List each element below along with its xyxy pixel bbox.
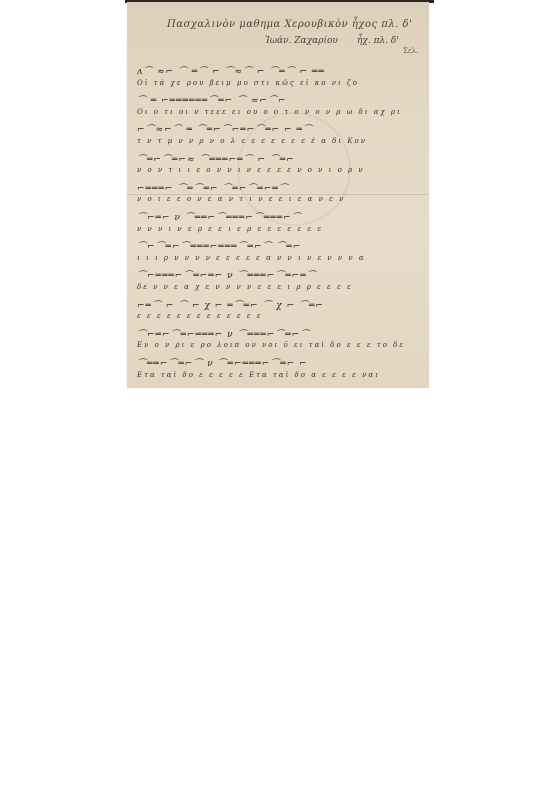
neume-line: ʌ⌒ ≈⌐ ⌒ ═⌒ ⌐ ⌒≈⌒ ⌐ ⌒═⌒ ⌐ ══ [137, 64, 422, 78]
neume-line: ⌒⌐═══⌐⌒═⌐═⌐ ν ⌒═══⌐⌒═⌐═⌒ [137, 268, 422, 282]
manuscript-page: Πασχαλινὸν μαθημα Χερουβικὸν ἦχος πλ. δ'… [127, 2, 429, 388]
neume-line: ⌐═⌒ ⌐ ⌒ ⌐ χ ⌐ ═⌒═⌐ ⌒ χ ⌐ ⌒═⌐ [137, 298, 422, 312]
lyric-line: τ ν τ μ ν ν ρ ν ο λ ε ε ε ε ε ε ε ἐ α δι… [137, 137, 422, 151]
neume-line: ⌐═══⌐ ⌒═⌒═⌐ ⌒═⌐⌒═⌐═⌒ [137, 181, 422, 195]
neume-line: ⌒⌐═⌐⌒═⌐═══⌐ ν ⌒═══⌐⌒═⌐⌒ [137, 327, 422, 341]
manuscript-mode: ἦχ. πλ. δ' [357, 36, 399, 46]
lyric-line: ι ι ι ρ ν ν ν ν ε ε ε ε ε α ν ν ι ν ε ν … [137, 254, 422, 268]
lyric-line: δε ν ν ε α χ ε ν ν ν ν ε ε ε ι ρ ρ ε ε ε… [137, 283, 422, 297]
neume-line: ⌒══⌐⌒═⌐⌒ ν ⌒═⌐═══⌐⌒═⌐ ⌐ [137, 356, 422, 370]
lyric-line: ν ο ι ε ε ο ν ε α ν τ ι ν ε ε ι ε α ν ε … [137, 195, 422, 209]
manuscript-subtitle: Ἰωάν. Ζαχαρίου [265, 36, 338, 46]
lyric-line: ε ε ε ε ε ε ε ε ε ε ε ε ε [137, 312, 422, 326]
neume-line: ⌒ ═ ⌐══════⌒═⌐ ⌒ ≈⌐⌒⌐ [137, 93, 422, 107]
lyric-line: Εν ο ν ρι ε ρο λοιπ ον νοι ῦ ει ταὶ δο ε… [137, 341, 422, 355]
neume-line: ⌐⌒≈⌐⌒ ═ ⌒═⌐⌒⌐═⌐⌒═⌐ ⌐ ═⌒ [137, 122, 422, 136]
lyric-line: Οι ο τι οι ν τεεε ει ου ο ο τ ο ν ο ν ρ … [137, 108, 422, 122]
lyric-line: ν ν ν ι ν ε ρ ε ε ι ε ρ ε ε ε ε ε ε ε [137, 225, 422, 239]
lyric-line: Οἱ τὰ χε ρου βειμ μυ στι κῶς εἰ κο νι ζο [137, 79, 422, 93]
page-mark: Σελ. [403, 47, 418, 55]
manuscript-title: Πασχαλινὸν μαθημα Χερουβικὸν ἦχος πλ. δ' [167, 19, 412, 30]
neume-line: ⌒═⌐⌒═⌐≈ ⌒═══⌐═⌒ ⌐ ⌒═⌐ [137, 152, 422, 166]
lyric-line: ν ο ν τ ι ι ε ο ν ν ι ν ε ε ε ε ν ο ν ι … [137, 166, 422, 180]
lyric-line: Ετα ταὶ δο ε ε ε ε ε Ετα ταὶ δο α ε ε ε … [137, 371, 422, 385]
neume-line: ⌒⌐═⌐ ν ⌒══⌐⌒═══⌐⌒═══⌐⌒ [137, 210, 422, 224]
neume-line: ⌒⌐⌒═⌐⌒═══⌐═══⌒═⌐⌒ ⌒═⌐ [137, 239, 422, 253]
